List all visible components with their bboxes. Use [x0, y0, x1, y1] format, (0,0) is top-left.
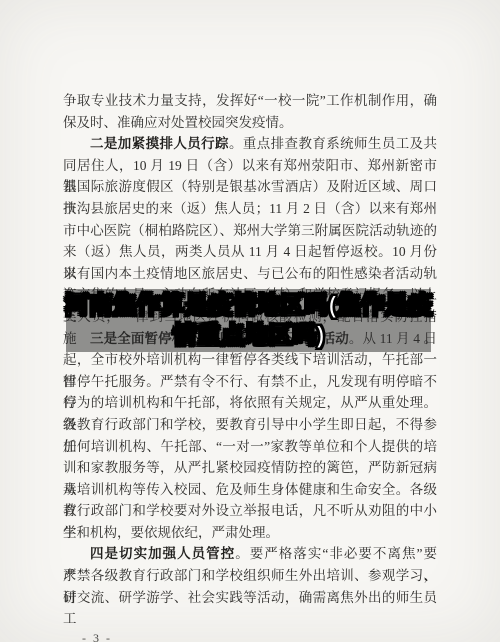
document-line: 保及时、准确应对处置校园突发疫情。	[63, 112, 437, 134]
document-line: 四是切实加强人员管控。要严格落实“非必要不离焦”要求，	[63, 543, 437, 565]
document-line: 训和家教服务等，从严扎紧校园疫情防控的篱笆，严防新冠病毒	[63, 457, 437, 479]
document-line: 来有国内本土疫情地区旅居史、与已公布的阳性感染者活动轨迹	[63, 263, 437, 285]
document-line: 来（返）焦人员，两类人员从 11 月 4 日起暂停返校。10 月份以	[63, 241, 437, 263]
scanned-document-page: 争取专业技术力量支持，发挥好“一校一院”工作机制作用，确保及时、准确应对处置校园…	[0, 0, 500, 642]
document-line: 从培训机构等传入校园、危及师生身体健康和生命安全。各级教	[63, 479, 437, 501]
article-title-line1: 河南焦作算是疫情地区吗(焦作是疫	[65, 291, 433, 321]
document-line: 行为的培训机构和午托部，将依照有关规定，从严从重处理。各	[63, 392, 437, 414]
document-line: 级教育行政部门和学校，要教育引导中小学生即日起，不得参加	[63, 414, 437, 436]
document-line: 市中心医院（桐柏路院区）、郑州大学第三附属医院活动轨迹的	[63, 220, 437, 242]
article-title-line2: 情重点地区吗)	[173, 321, 325, 351]
document-line: 争取专业技术力量支持，发挥好“一校一院”工作机制作用，确	[63, 90, 437, 112]
document-line: 讨交流、研学游学、社会实践等活动，确需离焦外出的师生员工	[63, 587, 437, 609]
document-line: 基国际旅游度假区（特别是银基冰雪酒店）及附近区域、周口市	[63, 176, 437, 198]
document-line: 二是加紧摸排人员行踪。重点排查教育系统师生员工及共	[63, 133, 437, 155]
document-line: 生和机构，要依规依纪，严肃处理。	[63, 522, 437, 544]
article-title-overlay: 河南焦作算是疫情地区吗(焦作是疫 情重点地区吗)	[66, 289, 431, 352]
document-line: 育行政部门和学校要对外设立举报电话，凡不听从劝阻的中小学	[63, 500, 437, 522]
document-line: 任何培训机构、午托部、“一对一”家教等单位和个人提供的培	[63, 436, 437, 458]
document-line: 暂停午托服务。严禁有令不行、有禁不止，凡发现有明停暗不停	[63, 371, 437, 393]
document-line: 严禁各级教育行政部门和学校组织师生外出培训、参观学习、研	[63, 565, 437, 587]
document-line: 扶沟县旅居史的来（返）焦人员；11 月 2 日（含）以来有郑州	[63, 198, 437, 220]
page-number: - 3 -	[82, 631, 112, 642]
document-line: 同居住人，10 月 19 日（含）以来有郑州荥阳市、郑州新密市银	[63, 155, 437, 177]
document-line: 起，全市校外培训机构一律暂停各类线下培训活动，午托部一律	[63, 349, 437, 371]
